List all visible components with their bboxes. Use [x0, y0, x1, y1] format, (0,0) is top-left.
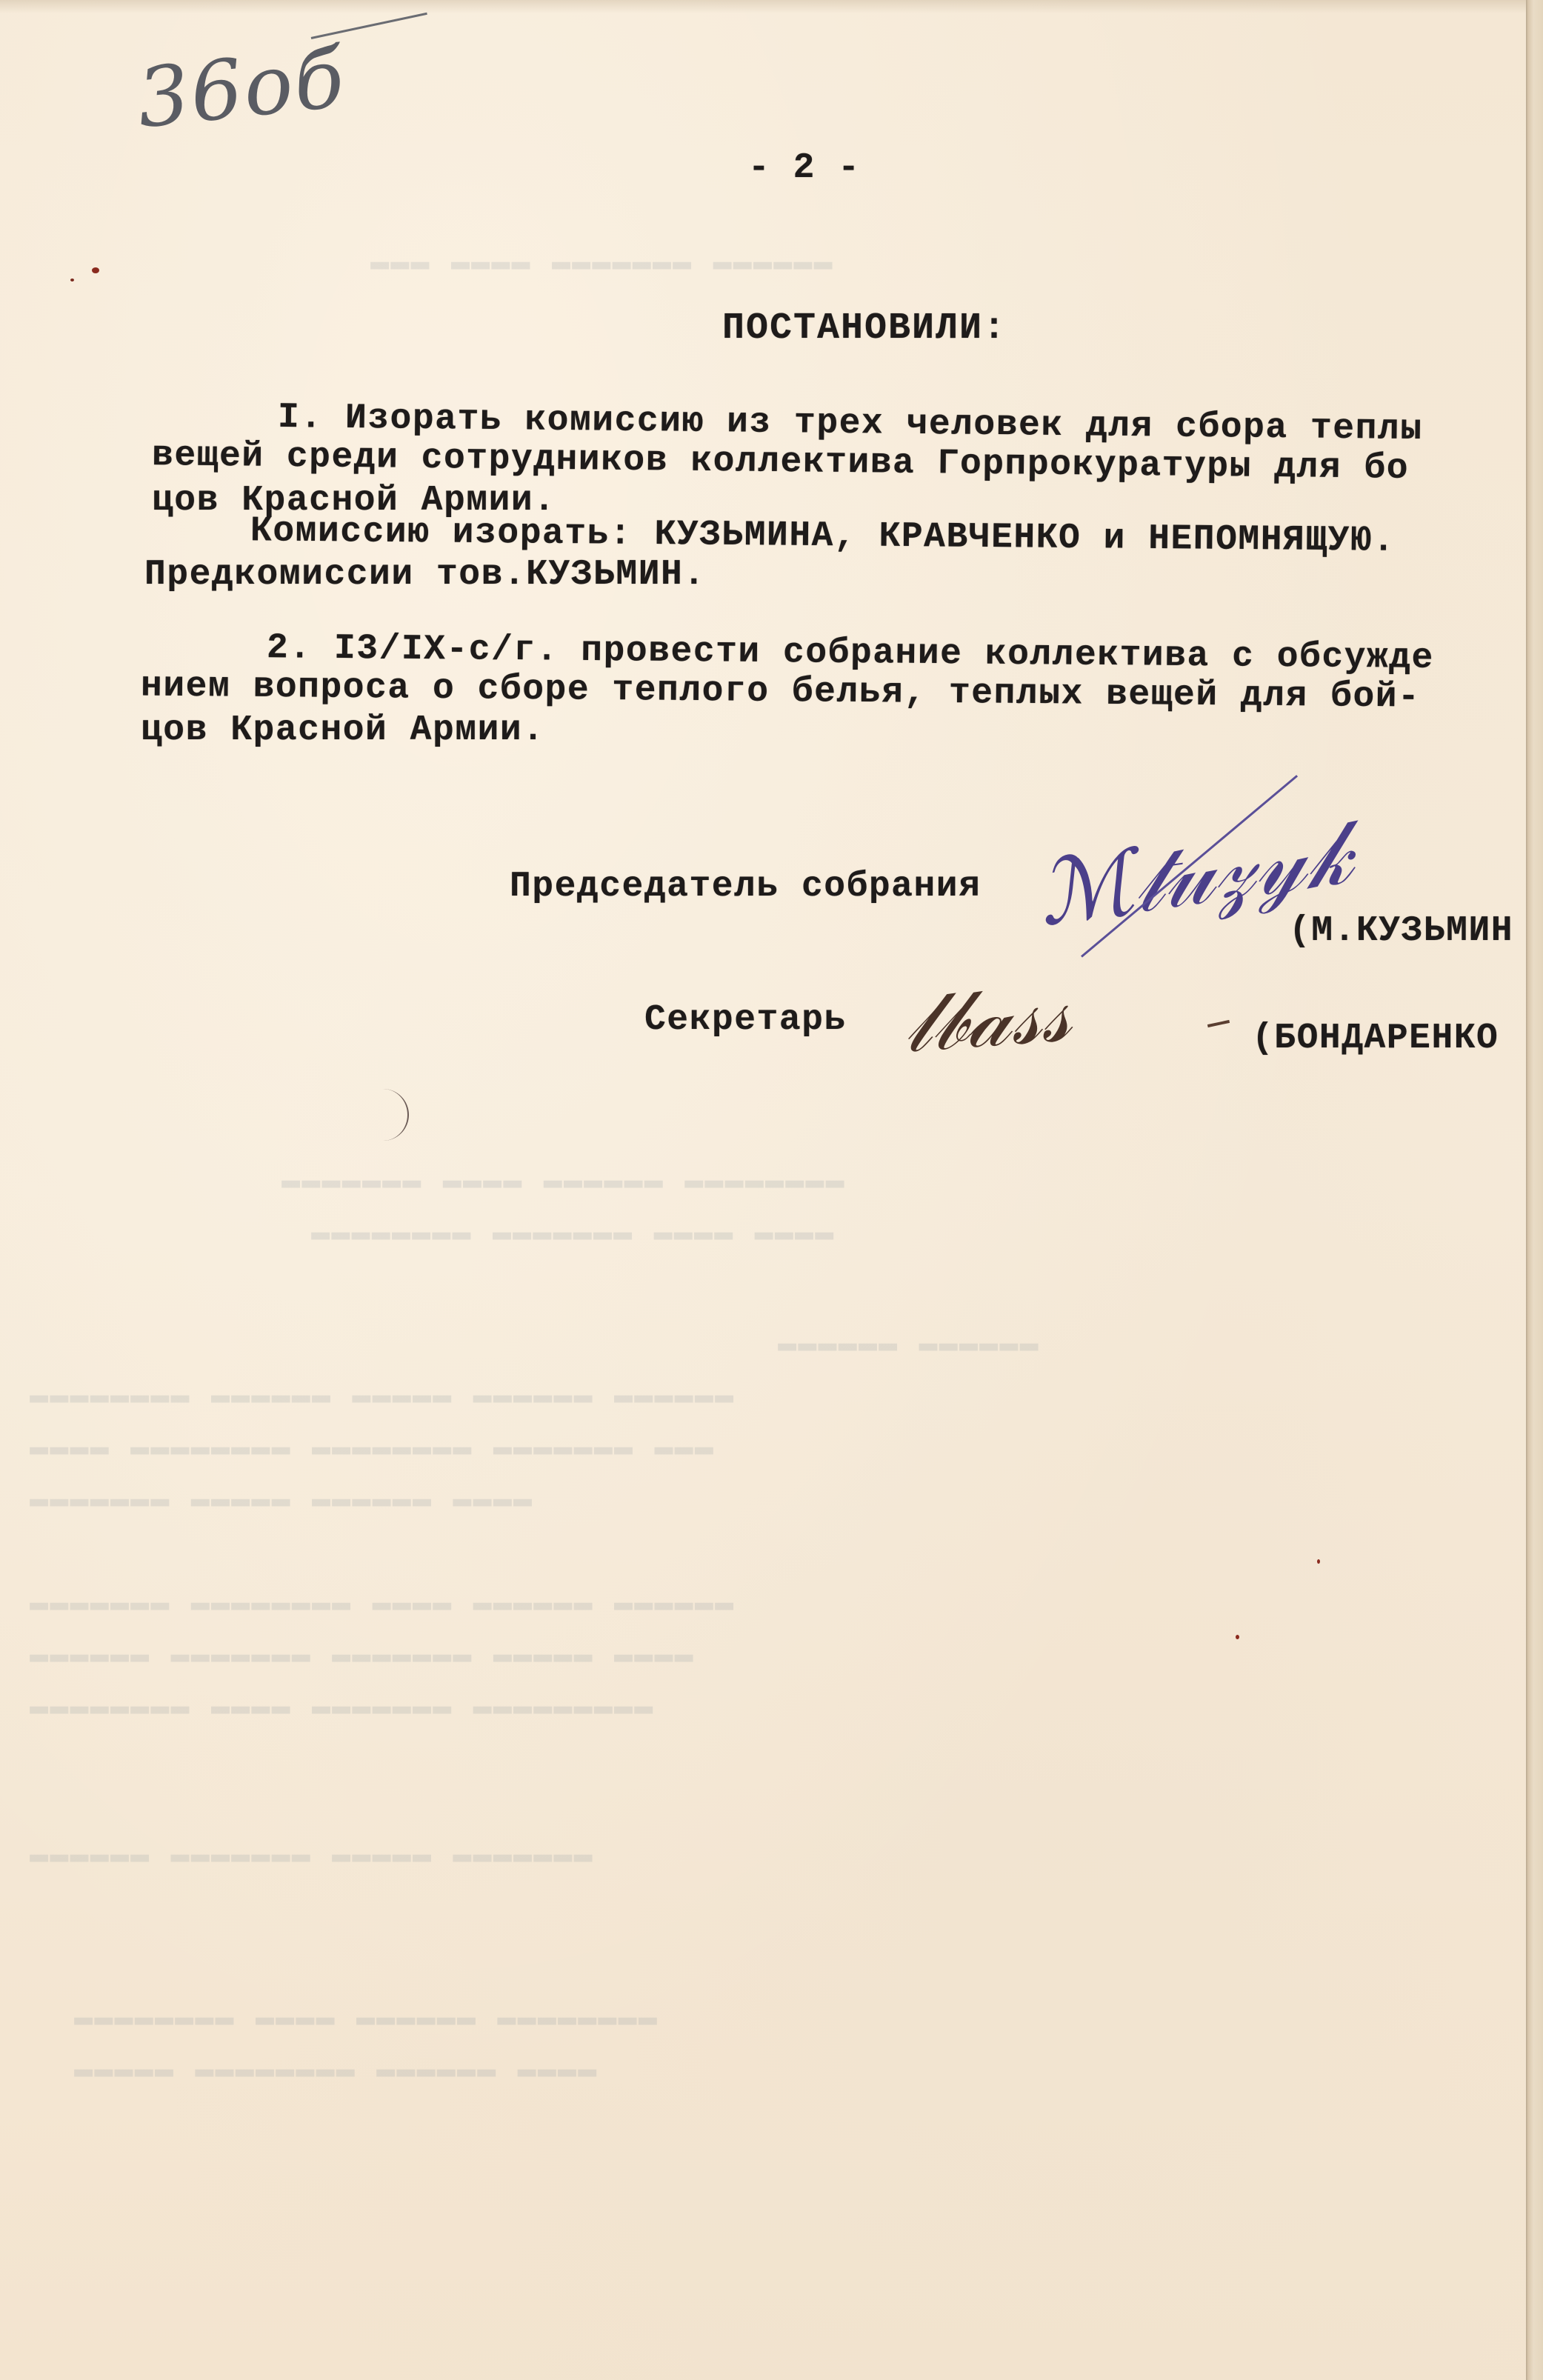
bleed-through-text: ▬▬▬▬▬▬▬ ▬▬▬▬▬▬▬▬ ▬▬▬▬ ▬▬▬▬▬▬ ▬▬▬▬▬▬: [30, 1585, 735, 1621]
bleed-through-text: ▬▬▬▬▬▬▬ ▬▬▬▬▬ ▬▬▬▬▬▬ ▬▬▬▬: [30, 1481, 533, 1517]
resolution-heading: ПОСТАНОВИЛИ:: [722, 307, 1007, 350]
adjacent-page-edge: [1526, 0, 1543, 2380]
ink-speck: [1317, 1559, 1320, 1564]
bleed-through-text: ▬▬▬▬▬▬ ▬▬▬▬▬▬: [778, 1326, 1040, 1361]
secretary-signature: 𝓁𝒷𝒶𝓈𝓈: [901, 964, 1074, 1072]
bleed-through-text: ▬▬▬▬▬▬ ▬▬▬▬▬▬▬ ▬▬▬▬▬ ▬▬▬▬▬▬▬: [30, 1837, 594, 1873]
paragraph-line: Комиссию изорать: КУЗЬМИНА, КРАВЧЕНКО и …: [250, 513, 1396, 559]
ink-speck: [1236, 1635, 1239, 1639]
paragraph-line: Предкомиссии тов.КУЗЬМИН.: [144, 557, 706, 593]
chair-title: Председатель собрания: [510, 867, 981, 907]
bleed-through-text: ▬▬▬▬▬▬ ▬▬▬▬▬▬▬ ▬▬▬▬▬▬▬ ▬▬▬▬▬ ▬▬▬▬: [30, 1637, 695, 1673]
ink-speck: [70, 279, 74, 281]
paragraph-line: цов Красной Армии.: [141, 713, 544, 748]
bleed-through-text: ▬▬▬ ▬▬▬▬ ▬▬▬▬▬▬▬ ▬▬▬▬▬▬: [370, 244, 834, 280]
bleed-through-text: ▬▬▬▬▬▬▬ ▬▬▬▬ ▬▬▬▬▬▬ ▬▬▬▬▬▬▬▬: [281, 1163, 846, 1199]
bleed-through-text: ▬▬▬▬▬▬▬▬ ▬▬▬▬▬▬ ▬▬▬▬▬ ▬▬▬▬▬▬ ▬▬▬▬▬▬: [30, 1378, 735, 1413]
page-top-shadow: [0, 0, 1543, 13]
bleed-through-text: ▬▬▬▬▬▬▬▬ ▬▬▬▬▬▬▬ ▬▬▬▬ ▬▬▬▬: [311, 1215, 835, 1250]
bleed-through-text: ▬▬▬▬ ▬▬▬▬▬▬▬▬ ▬▬▬▬▬▬▬▬ ▬▬▬▬▬▬▬ ▬▬▬: [30, 1430, 715, 1465]
bleed-through-text: ▬▬▬▬▬▬▬▬ ▬▬▬▬ ▬▬▬▬▬▬▬ ▬▬▬▬▬▬▬▬▬: [30, 1689, 654, 1724]
secretary-title: Секретарь: [644, 1000, 847, 1040]
bleed-through-text: ▬▬▬▬▬▬▬▬ ▬▬▬▬ ▬▬▬▬▬▬ ▬▬▬▬▬▬▬▬: [74, 2000, 659, 2036]
bleed-through-text: ▬▬▬▬▬ ▬▬▬▬▬▬▬▬ ▬▬▬▬▬▬ ▬▬▬▬: [74, 2052, 598, 2087]
secretary-name: (БОНДАРЕНКО: [1252, 1019, 1499, 1059]
chair-name: (М.КУЗЬМИН: [1289, 911, 1513, 951]
page-number: - 2 -: [748, 148, 861, 188]
ink-speck: [92, 267, 99, 273]
